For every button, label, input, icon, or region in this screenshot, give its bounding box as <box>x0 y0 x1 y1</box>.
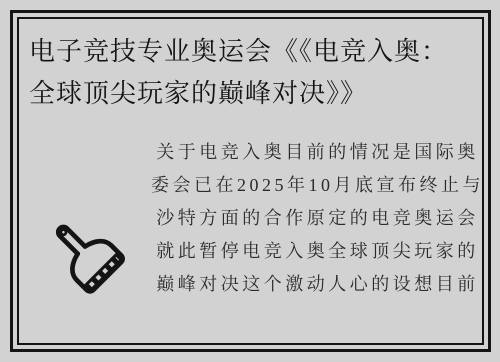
article-body-line: 沙特方面的合作原定的电竞奥运会 <box>151 202 484 235</box>
dustpan-icon <box>43 208 137 307</box>
icon-column <box>29 136 151 335</box>
article-body-line: 就此暂停电竞入奥全球顶尖玩家的 <box>151 235 484 268</box>
article-body: 关于电竞入奥目前的情况是国际奥委会已在2025年10月底宣布终止与沙特方面的合作… <box>151 136 498 335</box>
article-body-line: 关于电竞入奥目前的情况是国际奥 <box>151 136 484 169</box>
card-inner-border: 电子竞技专业奥运会《《电竞入奥：全球顶尖玩家的巅峰对决》》 <box>17 17 484 345</box>
content-row: 关于电竞入奥目前的情况是国际奥委会已在2025年10月底宣布终止与沙特方面的合作… <box>29 136 474 335</box>
page-background: 电子竞技专业奥运会《《电竞入奥：全球顶尖玩家的巅峰对决》》 <box>0 0 500 362</box>
article-body-line: 委会已在2025年10月底宣布终止与 <box>151 169 484 202</box>
article-title: 电子竞技专业奥运会《《电竞入奥：全球顶尖玩家的巅峰对决》》 <box>29 30 474 114</box>
card-outer-border: 电子竞技专业奥运会《《电竞入奥：全球顶尖玩家的巅峰对决》》 <box>10 10 491 352</box>
article-body-line: 巅峰对决这个激动人心的设想目前 <box>151 268 484 301</box>
